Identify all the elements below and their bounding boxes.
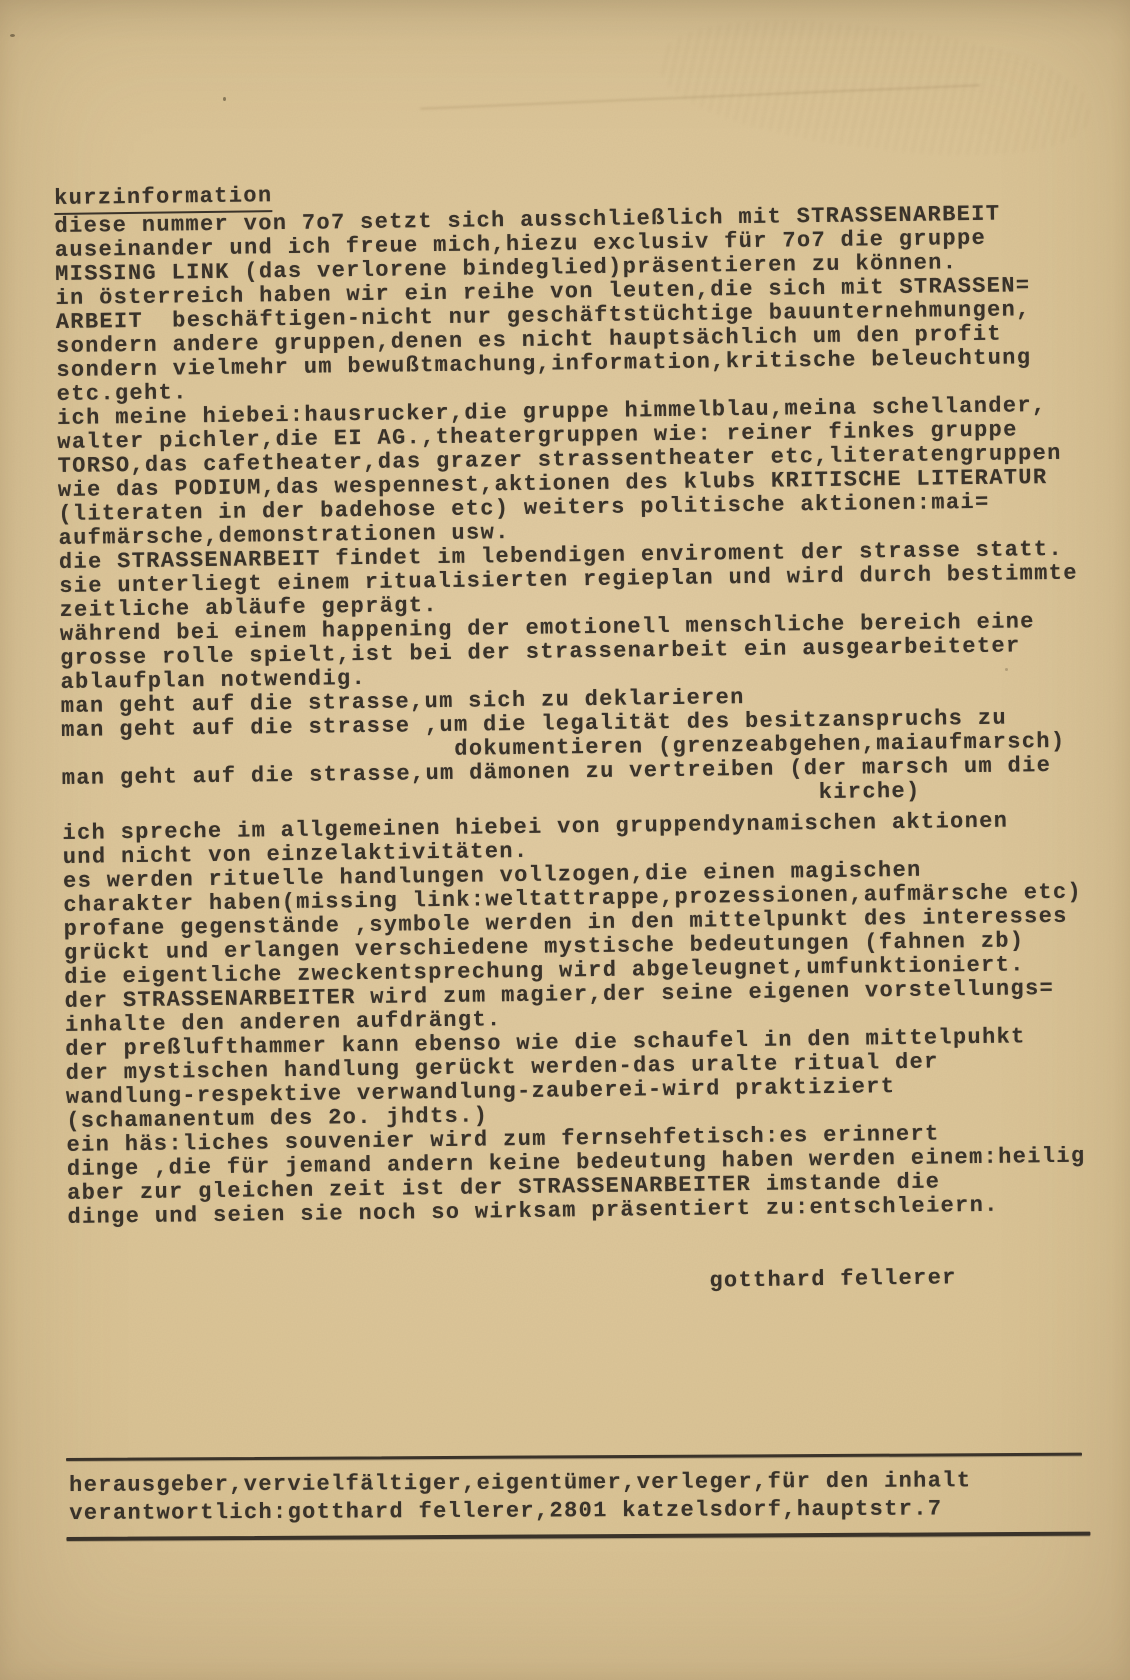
typewritten-text-block: kurzinformation diese nummer von 7o7 set… [54,173,1099,1302]
signature-line: gotthard fellerer [68,1264,1098,1301]
author-signature: gotthard fellerer [709,1265,957,1293]
scanned-page: kurzinformation diese nummer von 7o7 set… [0,0,1130,1680]
imprint-block: herausgeber,vervielfältiger,eigentümer,v… [66,1453,1090,1541]
heading-underlined-text: kurzinformation [54,183,273,215]
body-text: diese nummer von 7o7 setzt sich ausschli… [54,202,1097,1230]
paper-speck [223,97,226,101]
divider-rule-bottom [66,1532,1090,1541]
divider-rule-top [66,1453,1082,1461]
paper-speck [10,34,15,37]
imprint-line-2: verantwortlich:gotthard fellerer,2801 ka… [66,1495,1090,1528]
